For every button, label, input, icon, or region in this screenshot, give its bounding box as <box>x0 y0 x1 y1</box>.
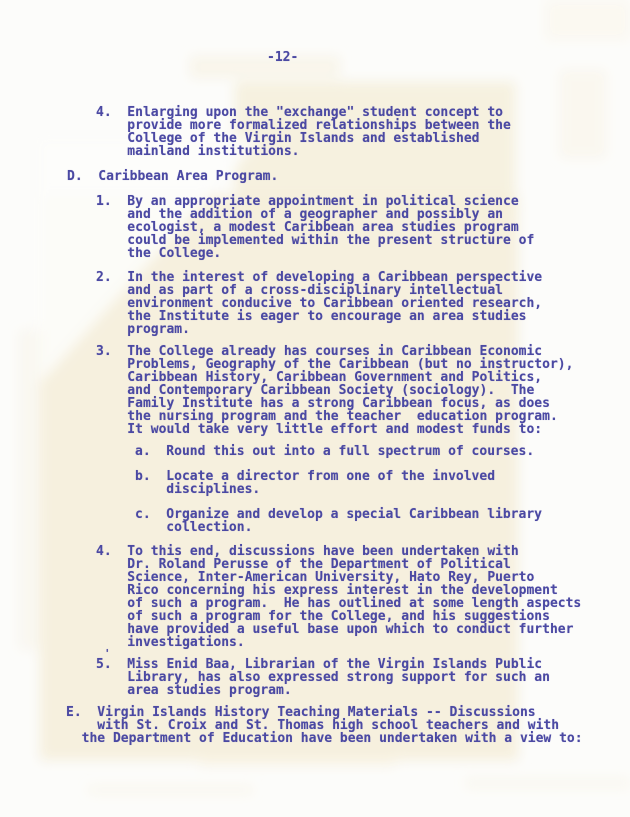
page-number: -12- <box>267 51 298 64</box>
item-d-3a: a. Round this out into a full spectrum o… <box>135 445 534 458</box>
item-d-3c: c. Organize and develop a special Caribb… <box>135 508 542 534</box>
item-d-1: 1. By an appropriate appointment in poli… <box>96 195 534 260</box>
section-heading-d: D. Caribbean Area Program. <box>67 170 278 183</box>
item-d-3b: b. Locate a director from one of the inv… <box>135 470 495 496</box>
item-d-5: 5. Miss Enid Baa, Librarian of the Virgi… <box>96 658 550 697</box>
section-heading-e: E. Virgin Islands History Teaching Mater… <box>66 706 583 745</box>
item-c-4: 4. Enlarging upon the "exchange" student… <box>96 106 511 158</box>
document-page: -12- 4. Enlarging upon the "exchange" st… <box>0 0 630 817</box>
item-d-3: 3. The College already has courses in Ca… <box>96 345 573 436</box>
item-d-4: 4. To this end, discussions have been un… <box>96 545 581 649</box>
item-d-2: 2. In the interest of developing a Carib… <box>96 271 542 336</box>
